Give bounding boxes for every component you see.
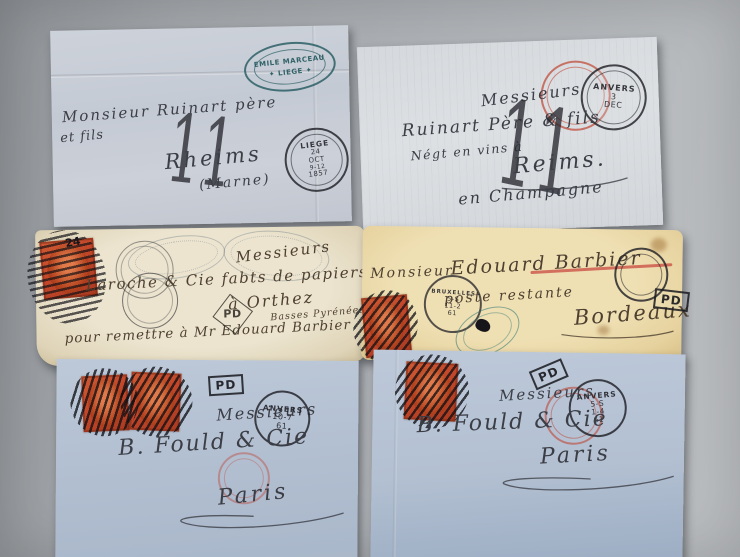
liege-circular-datestamp: LIEGE 24 OCT 9-12 1857 [281, 124, 352, 195]
pd-paid-mark-boxed: PD [653, 288, 690, 312]
cover-anvers-paris-single: PD ANVERS 5-S 1-4 61 Messieurs B. Fould … [370, 350, 685, 557]
cover-envelope-bordeaux: Monsieur Edouard Barbier poste restante … [361, 226, 683, 364]
underline-flourish [557, 326, 677, 342]
pd-paid-mark-boxed: PD [208, 374, 244, 396]
cover-anvers-to-reims: ANVERS 3 DEC Messieurs Ruinart Père & fi… [357, 37, 663, 235]
underline-flourish [495, 469, 679, 498]
merchant-oval-handstamp: EMILE MARCEAU ✦ LIEGE ✦ [242, 38, 339, 96]
pd-label: PD [224, 307, 242, 320]
underline-flourish [173, 506, 349, 535]
cover-liege-1857: EMILE MARCEAU ✦ LIEGE ✦ Monsieur Ruinart… [50, 25, 352, 227]
address-line-care-of: pour remettre à Mr Edouard Barbier [64, 317, 351, 347]
photo-of-six-postal-covers: EMILE MARCEAU ✦ LIEGE ✦ Monsieur Ruinart… [0, 0, 740, 557]
cover-anvers-paris-pair: PD Messieurs ANVERS 10-7 61 B. Fould & C… [55, 359, 358, 557]
address-line-destination: Paris [539, 441, 611, 470]
address-line: et fils [60, 127, 105, 146]
cover-envelope-orthez: 24 Messieurs Laroche & Cie fabts de papi… [35, 226, 367, 367]
